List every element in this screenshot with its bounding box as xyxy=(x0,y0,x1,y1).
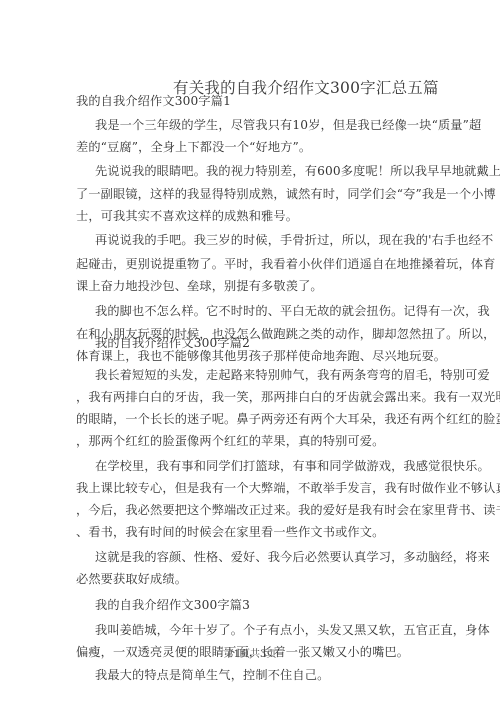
page-footer: 第1页共3页 xyxy=(0,645,500,660)
section-heading: 我的自我介绍作文300字篇3 xyxy=(95,596,250,613)
paragraph-line: 我最大的特点是简单生气，控制不住自己。 xyxy=(95,666,329,683)
paragraph-line: 起碰击，更别说提重物了。平时，我看着小伙伴们逍遥自在地推搡着玩，体育 xyxy=(76,255,495,272)
paragraph-line: 我长着短短的头发，走起路来特别帅气，我有两条弯弯的眉毛，特别可爱 xyxy=(95,366,490,383)
paragraph-line: 、看书，我有时间的时候会在家里看一些作文书或作文。 xyxy=(76,523,384,540)
document-page: 有关我的自我介绍作文300字汇总五篇 我的自我介绍作文300字篇1我是一个三年级… xyxy=(0,0,500,708)
paragraph-line: 我叫姜皓城，今年十岁了。个子有点小，头发又黑又软，五官正直，身体 xyxy=(95,621,490,638)
paragraph-line: 了一副眼镜，这样的我显得特别成熟，诚然有时，同学们会“夸”我是一个小博 xyxy=(76,185,496,202)
paragraph-line: 士，可我其实不喜欢这样的成熟和雅号。 xyxy=(76,207,298,224)
paragraph-line: 我的脚也不怎么样。它不时时的、平白无故的就会扭伤。记得有一次，我 xyxy=(95,302,490,319)
section-heading: 我的自我介绍作文300字篇2 xyxy=(95,334,250,351)
paragraph-line: 课上奋力地投沙包、垒球，别提有多敬羡了。 xyxy=(76,277,323,294)
paragraph-line: 先说说我的眼睛吧。我的视力特别差，有600多度呢！所以我早早地就戴上 xyxy=(95,162,500,179)
paragraph-line: ，今后，我必然要把这个弊端改正过来。我的爱好是我有时会在家里背书、读书 xyxy=(76,501,500,518)
paragraph-line: 这就是我的容颜、性格、爱好、我今后必然要认真学习，多动脑经，将来 xyxy=(95,548,490,565)
paragraph-line: 差的“豆腐”，全身上下都没一个“好地方”。 xyxy=(76,138,311,155)
section-heading: 我的自我介绍作文300字篇1 xyxy=(76,92,231,109)
paragraph-line: 我是一个三年级的学生，尽管我只有10岁，但是我已经像一块“质量”超 xyxy=(95,116,481,133)
paragraph-line: ，我有两排白白的牙齿，我一笑，那两排白白的牙齿就会露出来。我有一双光明 xyxy=(76,388,500,405)
paragraph-line: 再说说我的手吧。我三岁的时候，手骨折过，所以，现在我的'右手也经不 xyxy=(95,231,493,248)
paragraph-line: 在学校里，我有事和同学们打篮球，有事和同学做游戏，我感觉很快乐。 xyxy=(95,457,490,474)
paragraph-line: 我上课比较专心，但是我有一个大弊端，不敢举手发言，我有时做作业不够认真 xyxy=(76,479,500,496)
paragraph-line: 必然要获取好成绩。 xyxy=(76,570,187,587)
paragraph-line: 的眼睛，一个长长的迷子呢。鼻子两旁还有两个大耳朵，我还有两个红红的脸蛋 xyxy=(76,410,500,427)
paragraph-line: ，那两个红红的脸蛋像两个红红的苹果，真的特别可爱。 xyxy=(76,432,384,449)
